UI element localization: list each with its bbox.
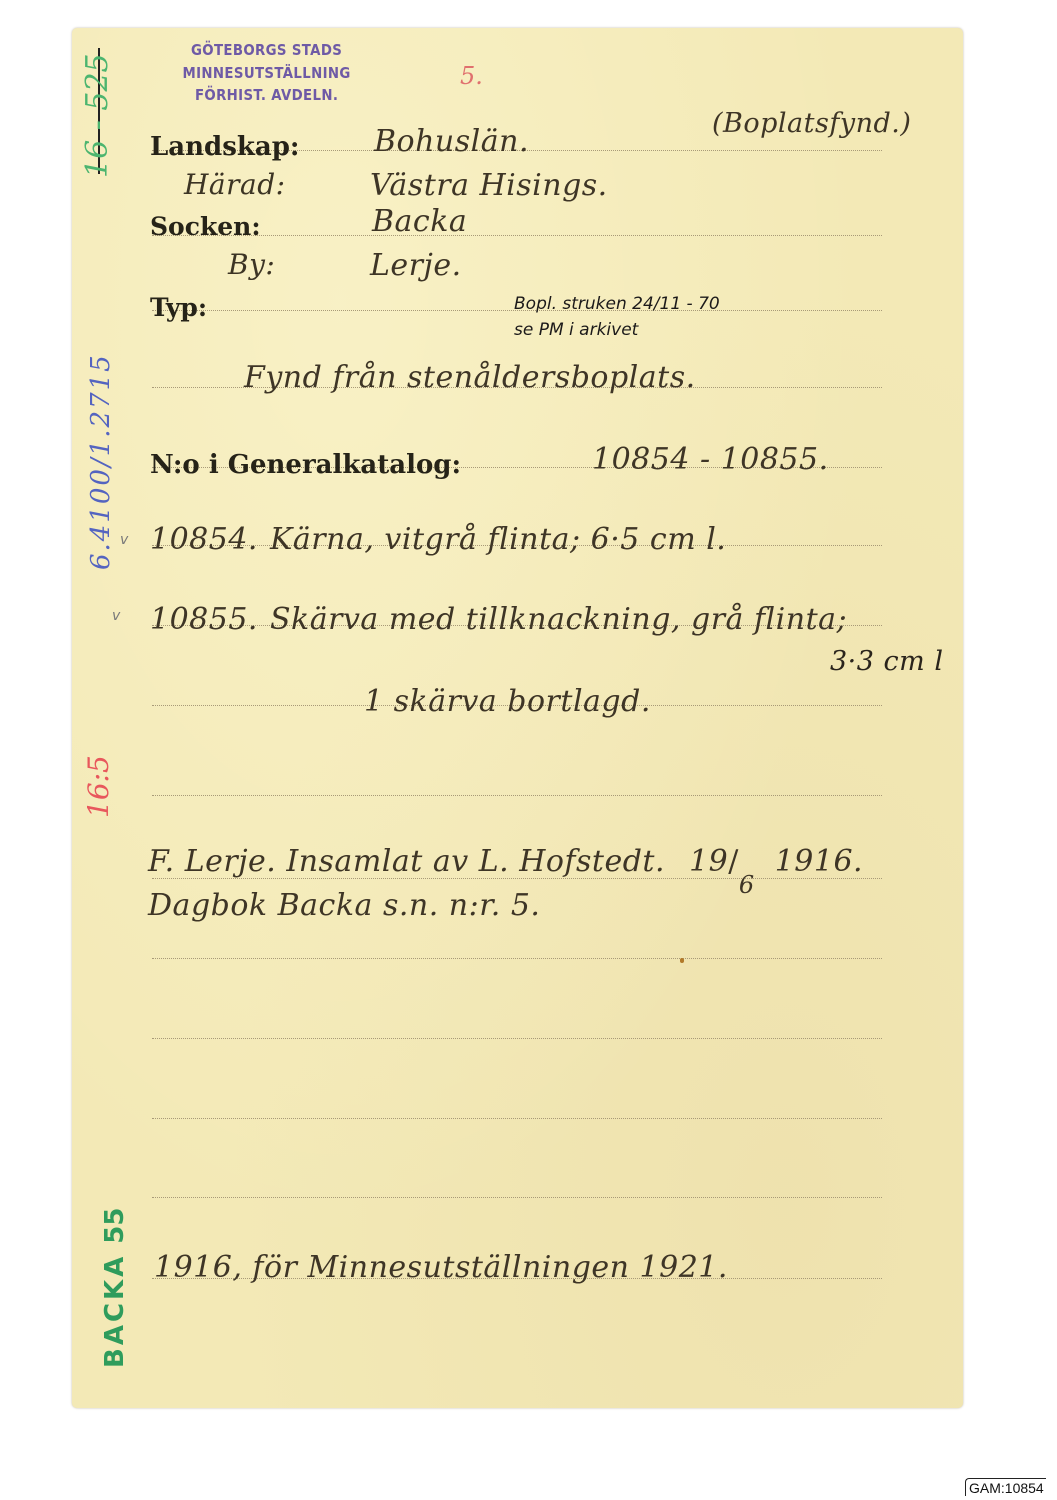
entry-size: 3·3 cm l [830,646,943,677]
value-landskap: Bohuslän. [374,124,529,159]
value-by: Lerje. [370,248,462,283]
ruled-line [152,1118,882,1119]
typ-pencil-note-line1: Bopl. struken 24/11 - 70 [514,294,720,314]
label-harad: Härad: [184,168,286,201]
provenance-line2: Dagbok Backa s.n. n:r. 5. [148,888,540,923]
ink-stain [680,958,684,963]
removed-note: 1 skärva bortlagd. [364,684,651,719]
check-mark: v [112,608,120,624]
entry-text: Kärna, vitgrå flinta; 6·5 cm l. [270,522,726,557]
gam-id-label: GAM:10854 [965,1478,1046,1496]
label-catalog: N:o i Generalkatalog: [150,450,461,480]
backa-stamp: BACKA55 [100,1208,130,1368]
ruled-line [152,1038,882,1039]
find-description: Fynd från stenåldersboplats. [244,360,696,395]
date-fraction: 19/6 [689,844,755,879]
margin-green-number: 16 - 525 [80,53,115,178]
catalog-number: 10854 - 10855. [592,442,829,477]
entry-number: 10854. [150,522,258,557]
value-harad: Västra Hisings. [370,168,608,203]
museum-stamp: GÖTEBORGS STADS MINNESUTSTÄLLNING FÖRHIS… [172,39,361,107]
provenance-text: F. Lerje. Insamlat av L. Hofstedt. [148,844,665,879]
label-socken: Socken: [150,212,261,241]
ruled-line [152,235,882,236]
entry-text: Skärva med tillknackning, grå flinta; [270,602,847,637]
margin-blue-number: 6.4100/1.2715 [86,353,116,570]
value-socken: Backa [372,204,467,239]
ruled-line [152,795,882,796]
typ-pencil-note-line2: se PM i arkivet [514,320,638,340]
stamp-line: FÖRHIST. AVDELN. [172,84,361,107]
entry-number: 10855. [150,602,258,637]
date-month: 6 [739,871,755,899]
stamp-line: MINNESUTSTÄLLNING [172,62,361,85]
label-landskap: Landskap: [150,132,300,162]
date-day: 19 [689,844,728,879]
date-year: 1916. [775,844,863,879]
backa-stamp-word: BACKA [100,1254,130,1368]
ruled-line [152,958,882,959]
ruled-line [152,1197,882,1198]
provenance-line1: F. Lerje. Insamlat av L. Hofstedt. 19/6 … [148,844,863,879]
label-typ: Typ: [150,293,207,322]
backa-stamp-number: 55 [100,1208,130,1244]
label-by: By: [228,248,275,281]
catalog-card: GÖTEBORGS STADS MINNESUTSTÄLLNING FÖRHIS… [72,28,963,1408]
check-mark: v [120,532,128,548]
card-number-red: 5. [460,62,483,90]
margin-red-number: 16:5 [82,755,115,818]
category-note: (Boplatsfynd.) [712,108,911,139]
exhibition-note: 1916, för Minnesutställningen 1921. [154,1250,728,1285]
stamp-line: GÖTEBORGS STADS [172,39,361,62]
